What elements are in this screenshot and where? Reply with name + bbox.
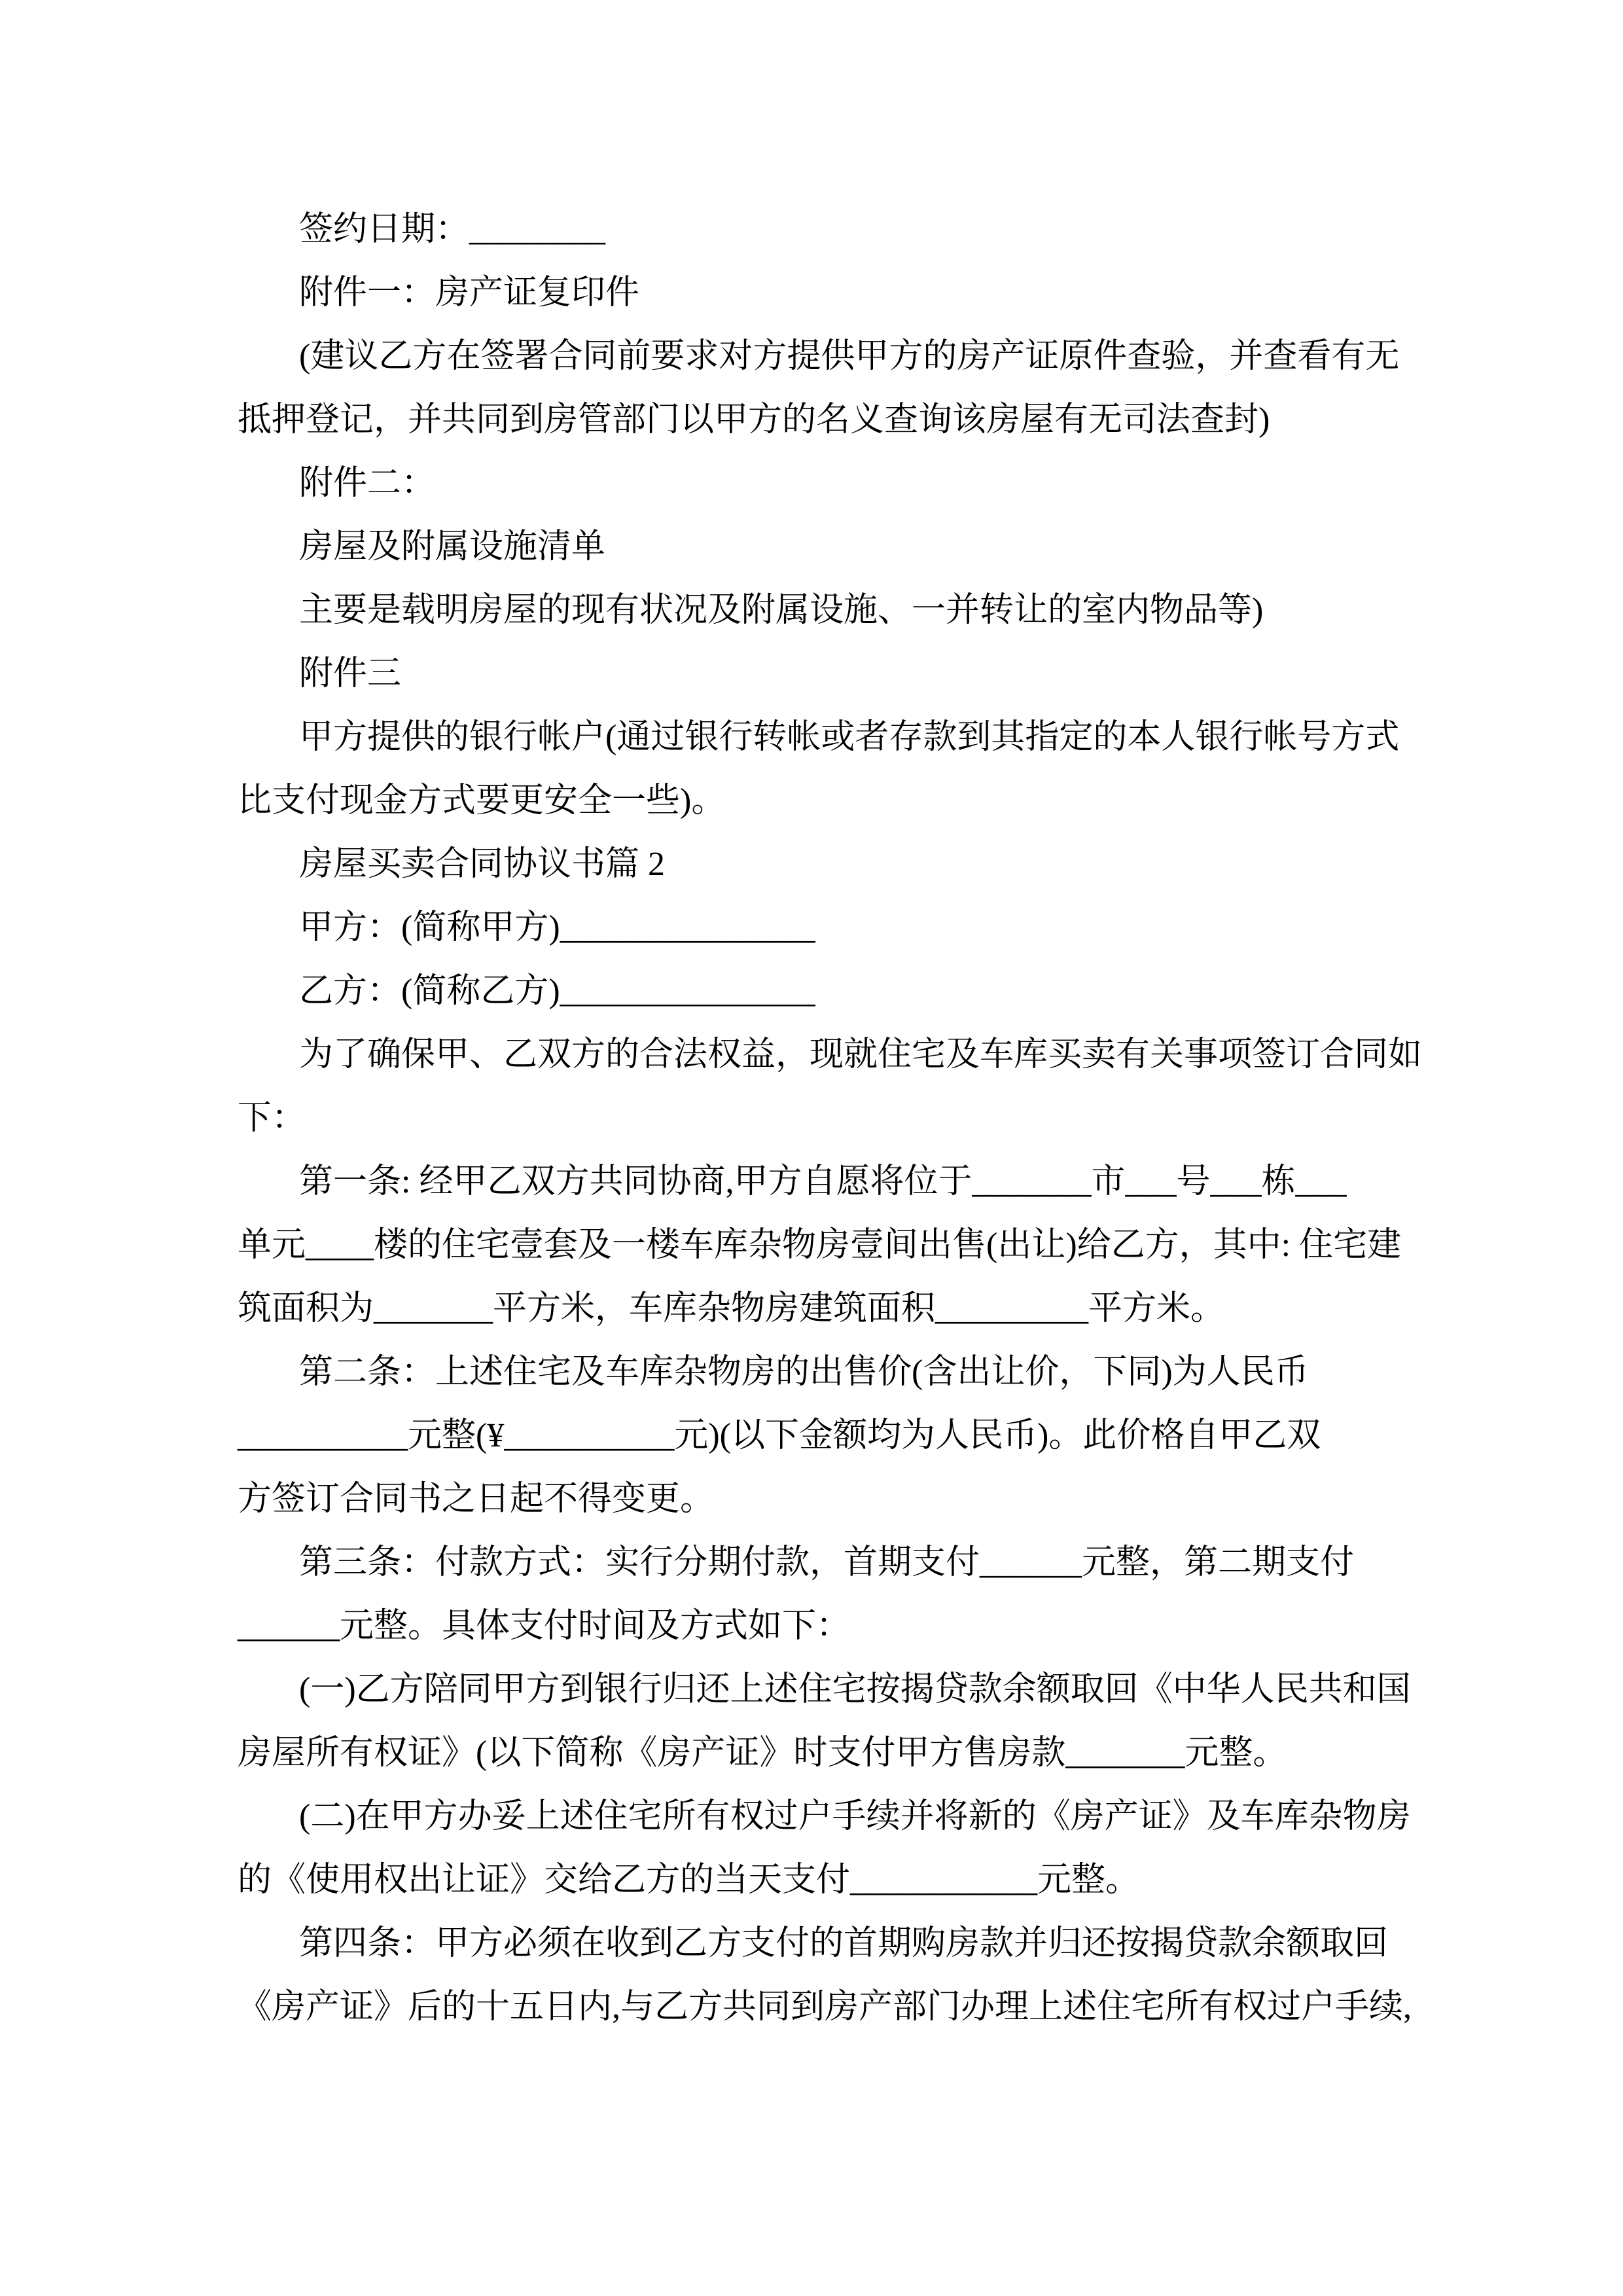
text-line: __________元整(¥__________元)(以下金额均为人民币)。此价… [238, 1404, 1435, 1467]
text-line: 房屋所有权证》(以下简称《房产证》时支付甲方售房款_______元整。 [238, 1721, 1435, 1785]
text-line: 下： [238, 1086, 1435, 1150]
text-line: 比支付现金方式要更安全一些)。 [238, 769, 1435, 833]
text-line: 筑面积为_______平方米，车库杂物房建筑面积_________平方米。 [238, 1277, 1435, 1340]
text-line: 签约日期：________ [238, 198, 1435, 261]
text-line: 附件二： [238, 452, 1435, 515]
text-line: (二)在甲方办妥上述住宅所有权过户手续并将新的《房产证》及车库杂物房 [238, 1785, 1435, 1848]
text-line: 附件三 [238, 642, 1435, 706]
document-body: 签约日期：________附件一：房产证复印件(建议乙方在签署合同前要求对方提供… [238, 198, 1435, 2039]
text-line: 抵押登记，并共同到房管部门以甲方的名义查询该房屋有无司法查封) [238, 388, 1435, 452]
text-line: 乙方：(简称乙方)_______________ [238, 960, 1435, 1023]
text-line: 甲方提供的银行帐户(通过银行转帐或者存款到其指定的本人银行帐号方式 [238, 706, 1435, 769]
text-line: 为了确保甲、乙双方的合法权益，现就住宅及车库买卖有关事项签订合同如 [238, 1023, 1435, 1086]
text-line: 主要是载明房屋的现有状况及附属设施、一并转让的室内物品等) [238, 579, 1435, 642]
text-line: ______元整。具体支付时间及方式如下： [238, 1594, 1435, 1658]
contract-document-page: 签约日期：________附件一：房产证复印件(建议乙方在签署合同前要求对方提供… [0, 0, 1623, 2296]
text-line: 甲方：(简称甲方)_______________ [238, 896, 1435, 960]
text-line: 第四条：甲方必须在收到乙方支付的首期购房款并归还按揭贷款余额取回 [238, 1912, 1435, 1975]
text-line: 附件一：房产证复印件 [238, 261, 1435, 325]
text-line: 房屋及附属设施清单 [238, 515, 1435, 579]
text-line: 方签订合同书之日起不得变更。 [238, 1467, 1435, 1531]
text-line: 第三条：付款方式：实行分期付款，首期支付______元整，第二期支付 [238, 1531, 1435, 1594]
text-line: 第二条：上述住宅及车库杂物房的出售价(含出让价，下同)为人民币 [238, 1340, 1435, 1404]
text-line: 第一条: 经甲乙双方共同协商,甲方自愿将位于_______市___号___栋__… [238, 1150, 1435, 1213]
text-line: 单元____楼的住宅壹套及一楼车库杂物房壹间出售(出让)给乙方，其中: 住宅建 [238, 1213, 1435, 1277]
text-line: (建议乙方在签署合同前要求对方提供甲方的房产证原件查验，并查看有无 [238, 325, 1435, 388]
text-line: 的《使用权出让证》交给乙方的当天支付___________元整。 [238, 1848, 1435, 1912]
text-line: (一)乙方陪同甲方到银行归还上述住宅按揭贷款余额取回《中华人民共和国 [238, 1658, 1435, 1721]
text-line: 《房产证》后的十五日内,与乙方共同到房产部门办理上述住宅所有权过户手续, [238, 1975, 1435, 2039]
text-line: 房屋买卖合同协议书篇 2 [238, 833, 1435, 896]
